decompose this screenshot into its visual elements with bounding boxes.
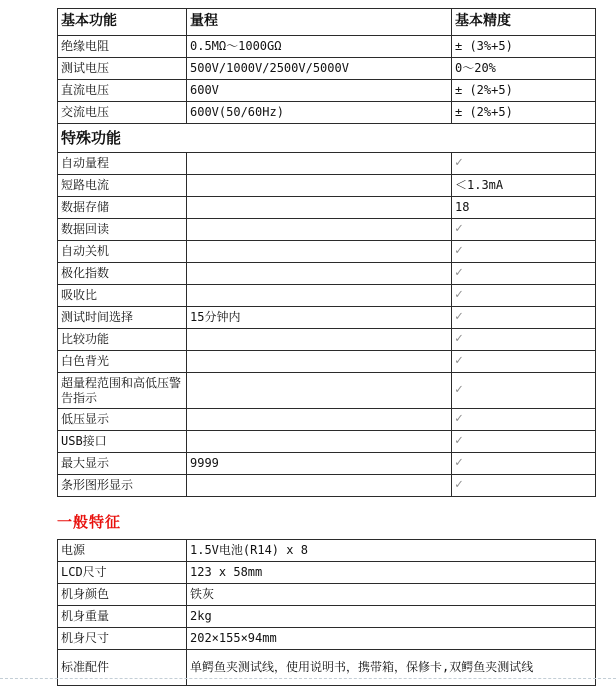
spec-range-cell — [187, 409, 452, 431]
table-row: LCD尺寸 123 x 58mm — [58, 562, 596, 584]
table-row: 最大显示 9999 ✓ — [58, 453, 596, 475]
basic-header-row: 基本功能 量程 基本精度 — [58, 9, 596, 36]
spec-name-cell: 数据回读 — [58, 219, 187, 241]
spec-range-cell — [187, 175, 452, 197]
table-row: 比较功能 ✓ — [58, 329, 596, 351]
table-row: 数据存储 18 — [58, 197, 596, 219]
special-section-header-row: 特殊功能 — [58, 124, 596, 153]
spec-accuracy-cell: 0～20% — [452, 58, 596, 80]
spec-name-cell: 白色背光 — [58, 351, 187, 373]
spec-result-cell: ✓ — [452, 409, 596, 431]
table-row: 条形图形显示 ✓ — [58, 475, 596, 497]
spec-range-cell: 500V/1000V/2500V/5000V — [187, 58, 452, 80]
spec-name-cell: 交流电压 — [58, 102, 187, 124]
spec-range-cell — [187, 373, 452, 409]
table-row: 机身颜色 铁灰 — [58, 584, 596, 606]
spec-result-cell: ✓ — [452, 373, 596, 409]
spec-range-cell — [187, 431, 452, 453]
spec-name-cell: USB接口 — [58, 431, 187, 453]
spec-name-cell: 测试电压 — [58, 58, 187, 80]
spec-range-cell: 15分钟内 — [187, 307, 452, 329]
table-row: 极化指数 ✓ — [58, 263, 596, 285]
spec-name-cell: 测试时间选择 — [58, 307, 187, 329]
general-value-cell: 单鳄鱼夹测试线，使用说明书，携带箱，保修卡,双鳄鱼夹测试线 — [187, 650, 596, 686]
spec-name-cell: 自动量程 — [58, 153, 187, 175]
spec-name-cell: 短路电流 — [58, 175, 187, 197]
header-basic-function: 基本功能 — [58, 9, 187, 36]
table-row: 标准配件 单鳄鱼夹测试线，使用说明书，携带箱，保修卡,双鳄鱼夹测试线 — [58, 650, 596, 686]
header-range: 量程 — [187, 9, 452, 36]
spec-range-cell — [187, 351, 452, 373]
spec-range-cell — [187, 285, 452, 307]
spec-result-cell: ✓ — [452, 351, 596, 373]
spec-accuracy-cell: ± (2%+5) — [452, 102, 596, 124]
spec-range-cell — [187, 153, 452, 175]
general-label-cell: 机身重量 — [58, 606, 187, 628]
general-features-table: 电源 1.5V电池(R14) x 8 LCD尺寸 123 x 58mm 机身颜色… — [57, 539, 596, 686]
table-row: 低压显示 ✓ — [58, 409, 596, 431]
spec-name-cell: 绝缘电阻 — [58, 36, 187, 58]
spec-range-cell — [187, 263, 452, 285]
spec-range-cell — [187, 475, 452, 497]
spec-result-cell: ＜1.3mA — [452, 175, 596, 197]
table-row: 数据回读 ✓ — [58, 219, 596, 241]
table-row: 交流电压 600V(50/60Hz) ± (2%+5) — [58, 102, 596, 124]
table-row: 测试时间选择 15分钟内 ✓ — [58, 307, 596, 329]
spec-result-cell: ✓ — [452, 329, 596, 351]
table-row: 电源 1.5V电池(R14) x 8 — [58, 540, 596, 562]
spec-range-cell: 600V — [187, 80, 452, 102]
spec-range-cell — [187, 219, 452, 241]
general-label-cell: 机身颜色 — [58, 584, 187, 606]
general-value-cell: 202×155×94mm — [187, 628, 596, 650]
table-row: 绝缘电阻 0.5MΩ～1000GΩ ± (3%+5) — [58, 36, 596, 58]
spec-result-cell: ✓ — [452, 475, 596, 497]
table-row: 超量程范围和高低压警告指示 ✓ — [58, 373, 596, 409]
spec-result-cell: ✓ — [452, 263, 596, 285]
general-features-title: 一般特征 — [57, 511, 595, 532]
spec-name-cell: 条形图形显示 — [58, 475, 187, 497]
table-row: 直流电压 600V ± (2%+5) — [58, 80, 596, 102]
general-label-cell: LCD尺寸 — [58, 562, 187, 584]
spec-result-cell: ✓ — [452, 219, 596, 241]
spec-name-cell: 吸收比 — [58, 285, 187, 307]
spec-result-cell: 18 — [452, 197, 596, 219]
spec-range-cell: 9999 — [187, 453, 452, 475]
table-row: 吸收比 ✓ — [58, 285, 596, 307]
spec-name-cell: 数据存储 — [58, 197, 187, 219]
special-section-title: 特殊功能 — [58, 124, 596, 153]
basic-specs-table: 基本功能 量程 基本精度 绝缘电阻 0.5MΩ～1000GΩ ± (3%+5) … — [57, 8, 596, 497]
general-value-cell: 123 x 58mm — [187, 562, 596, 584]
general-label-cell: 标准配件 — [58, 650, 187, 686]
general-label-cell: 机身尺寸 — [58, 628, 187, 650]
header-basic-accuracy: 基本精度 — [452, 9, 596, 36]
spec-accuracy-cell: ± (3%+5) — [452, 36, 596, 58]
table-row: 短路电流 ＜1.3mA — [58, 175, 596, 197]
general-label-cell: 电源 — [58, 540, 187, 562]
spec-accuracy-cell: ± (2%+5) — [452, 80, 596, 102]
spec-range-cell — [187, 329, 452, 351]
spec-name-cell: 低压显示 — [58, 409, 187, 431]
table-row: 测试电压 500V/1000V/2500V/5000V 0～20% — [58, 58, 596, 80]
table-row: 自动关机 ✓ — [58, 241, 596, 263]
spec-name-cell: 极化指数 — [58, 263, 187, 285]
spec-name-cell: 超量程范围和高低压警告指示 — [58, 373, 187, 409]
table-row: USB接口 ✓ — [58, 431, 596, 453]
spec-sheet: 基本功能 量程 基本精度 绝缘电阻 0.5MΩ～1000GΩ ± (3%+5) … — [57, 8, 595, 686]
spec-range-cell — [187, 241, 452, 263]
general-value-cell: 1.5V电池(R14) x 8 — [187, 540, 596, 562]
spec-range-cell: 0.5MΩ～1000GΩ — [187, 36, 452, 58]
table-row: 白色背光 ✓ — [58, 351, 596, 373]
spec-result-cell: ✓ — [452, 153, 596, 175]
table-row: 机身重量 2kg — [58, 606, 596, 628]
spec-range-cell: 600V(50/60Hz) — [187, 102, 452, 124]
spec-result-cell: ✓ — [452, 431, 596, 453]
spec-name-cell: 最大显示 — [58, 453, 187, 475]
spec-name-cell: 比较功能 — [58, 329, 187, 351]
spec-name-cell: 自动关机 — [58, 241, 187, 263]
general-value-cell: 2kg — [187, 606, 596, 628]
spec-result-cell: ✓ — [452, 453, 596, 475]
spec-name-cell: 直流电压 — [58, 80, 187, 102]
page-bottom-divider — [0, 678, 616, 679]
table-row: 机身尺寸 202×155×94mm — [58, 628, 596, 650]
spec-result-cell: ✓ — [452, 241, 596, 263]
general-value-cell: 铁灰 — [187, 584, 596, 606]
spec-result-cell: ✓ — [452, 285, 596, 307]
table-row: 自动量程 ✓ — [58, 153, 596, 175]
spec-range-cell — [187, 197, 452, 219]
spec-result-cell: ✓ — [452, 307, 596, 329]
